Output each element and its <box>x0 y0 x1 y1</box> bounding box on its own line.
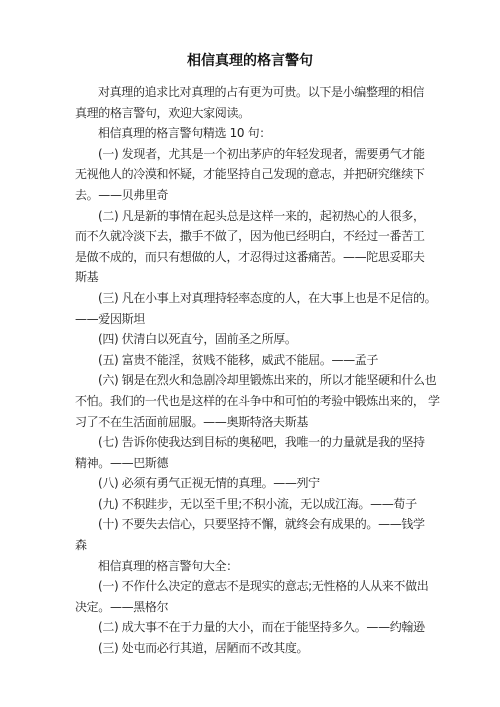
quote-line: 精神。——巴斯德 <box>75 453 435 474</box>
quote-line: (三) 处屯而必行其道，居陋而不改其度。 <box>75 638 435 659</box>
quote-line: (一) 发现者，尤其是一个初出茅庐的年轻发现者，需要勇气才能 <box>75 144 435 165</box>
quote-line: (三) 凡在小事上对真理持轻率态度的人，在大事上也是不足信的。 <box>75 288 435 309</box>
quote-line: (二) 凡是新的事情在起头总是这样一来的，起初热心的人很多， <box>75 206 435 227</box>
quote-line: 无视他人的冷漠和怀疑，才能坚持自己发现的意志，并把研究继续下 <box>75 164 435 185</box>
quote-line: 斯基 <box>75 267 435 288</box>
quote-line: 决定。——黑格尔 <box>75 597 435 618</box>
quote-line: (十) 不要失去信心，只要坚持不懈，就终会有成果的。——钱学 <box>75 514 435 535</box>
quote-line: 去。——贝弗里奇 <box>75 185 435 206</box>
quote-line: 不怕。我们的一代也是这样的在斗争中和可怕的考验中锻炼出来的， 学 <box>75 391 435 412</box>
quote-line: (二) 成大事不在于力量的大小，而在于能坚持多久。——约翰逊 <box>75 617 435 638</box>
quote-line: (一) 不作什么决定的意志不是现实的意志;无性格的人从来不做出 <box>75 576 435 597</box>
section-heading: 相信真理的格言警句大全： <box>75 556 435 577</box>
quote-line: (九) 不积跬步，无以至千里;不积小流，无以成江海。——荀子 <box>75 494 435 515</box>
document-body: 对真理的追求比对真理的占有更为可贵。以下是小编整理的相信 真理的格言警句，欢迎大… <box>75 82 435 659</box>
quote-line: 森 <box>75 535 435 556</box>
paragraph-line: 对真理的追求比对真理的占有更为可贵。以下是小编整理的相信 <box>75 82 435 103</box>
quote-line: (八) 必须有勇气正视无情的真理。——列宁 <box>75 473 435 494</box>
quote-line: (四) 伏清白以死直兮，固前圣之所厚。 <box>75 329 435 350</box>
document-title: 相信真理的格言警句 <box>0 50 500 70</box>
quote-line: 是做不成的，而只有想做的人，才忍得过这番痛苦。——陀思妥耶夫 <box>75 247 435 268</box>
quote-line: (七) 告诉你使我达到目标的奥秘吧，我唯一的力量就是我的坚持 <box>75 432 435 453</box>
quote-line: ——爱因斯坦 <box>75 309 435 330</box>
quote-line: 而不久就冷淡下去，撒手不做了，因为他已经明白，不经过一番苦工 <box>75 226 435 247</box>
paragraph-line: 真理的格言警句，欢迎大家阅读。 <box>75 103 435 124</box>
quote-line: 习了不在生活面前屈服。——奥斯特洛夫斯基 <box>75 412 435 433</box>
quote-line: (六) 钢是在烈火和急剧冷却里锻炼出来的，所以才能坚硬和什么也 <box>75 370 435 391</box>
section-heading: 相信真理的格言警句精选 10 句： <box>75 123 435 144</box>
quote-line: (五) 富贵不能淫，贫贱不能移，威武不能屈。——孟子 <box>75 350 435 371</box>
